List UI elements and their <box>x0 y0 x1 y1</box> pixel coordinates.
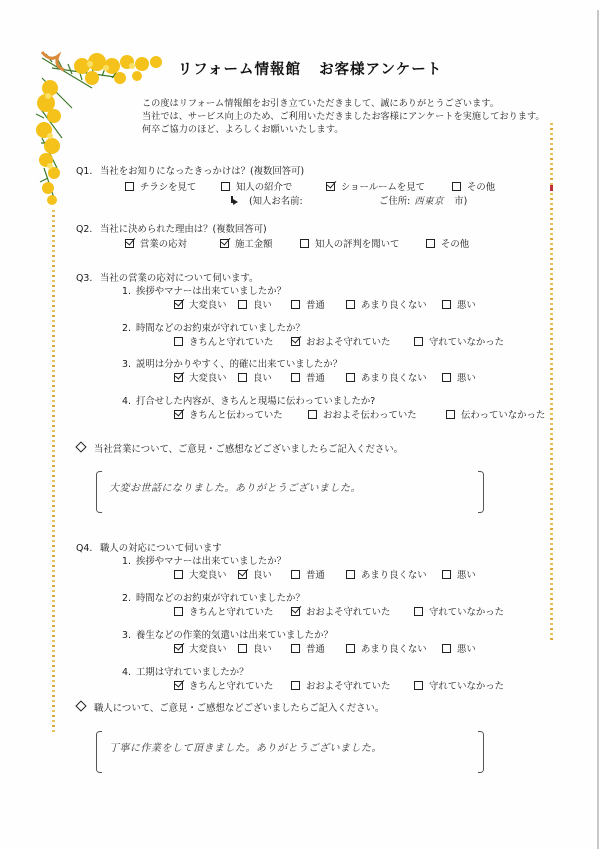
checkbox[interactable] <box>300 239 309 248</box>
q3-item-3-options: 大変良い 良い 普通 あまり良くない 悪い <box>174 370 476 384</box>
referral-address-suffix: 市) <box>454 193 467 207</box>
checkbox-checked[interactable] <box>220 239 229 248</box>
dotline-accent <box>550 185 553 191</box>
checkbox-checked[interactable] <box>238 570 247 579</box>
checkbox[interactable] <box>446 410 455 419</box>
checkbox[interactable] <box>346 570 355 579</box>
title-company: リフォーム情報館 <box>178 62 301 78</box>
option-not-kept[interactable]: 守れていなかった <box>414 334 504 348</box>
q2-options: 営業の応対 施工金額 知人の評判を聞いて その他 <box>125 236 469 250</box>
checkbox[interactable] <box>221 182 230 191</box>
checkbox[interactable] <box>174 570 183 579</box>
q4-heading: Q4.職人の対応について伺います <box>76 540 222 554</box>
q2-option-other[interactable]: その他 <box>426 236 469 250</box>
option-mostly-kept[interactable]: おおよそ守れていた <box>291 334 414 348</box>
intro-line-1: この度はリフォーム情報館をお引き立ていただきまして、誠にありがとうございます。 <box>142 97 545 110</box>
checkbox[interactable] <box>442 373 451 382</box>
option-very-good[interactable]: 大変良い <box>174 641 238 655</box>
checkbox[interactable] <box>291 570 300 579</box>
option-not-kept[interactable]: 守れていなかった <box>414 604 504 618</box>
option-kept-well[interactable]: きちんと守れていた <box>174 678 291 692</box>
option-mostly-conveyed[interactable]: おおよそ伝わっていた <box>308 407 446 421</box>
arrow-down-right-icon <box>230 196 239 205</box>
intro-text: この度はリフォーム情報館をお引き立ていただきまして、誠にありがとうございます。 … <box>142 97 545 136</box>
checkbox-checked[interactable] <box>125 239 134 248</box>
checkbox[interactable] <box>291 644 300 653</box>
checkbox[interactable] <box>346 373 355 382</box>
q3-comment-text: 大変お世話になりました。ありがとうございました。 <box>109 479 361 494</box>
option-bad[interactable]: 悪い <box>442 297 476 311</box>
checkbox-checked[interactable] <box>174 644 183 653</box>
q1-option-referral[interactable]: 知人の紹介で <box>221 179 326 193</box>
title-survey: お客様アンケート <box>319 62 442 78</box>
option-average[interactable]: 普通 <box>291 567 346 581</box>
option-mostly-kept[interactable]: おおよそ守れていた <box>291 604 414 618</box>
survey-page: リフォーム情報館お客様アンケート この度はリフォーム情報館をお引き立ていただきま… <box>0 0 600 849</box>
option-average[interactable]: 普通 <box>291 641 346 655</box>
option-mostly-kept[interactable]: おおよそ守れていた <box>291 678 414 692</box>
checkbox[interactable] <box>414 681 423 690</box>
q3-item-3-question: 3.説明は分かりやすく、的確に出来ていましたか？ <box>122 356 342 370</box>
option-very-good[interactable]: 大変良い <box>174 567 238 581</box>
option-not-good[interactable]: あまり良くない <box>346 297 442 311</box>
checkbox-checked[interactable] <box>174 681 183 690</box>
checkbox-checked[interactable] <box>174 373 183 382</box>
option-bad[interactable]: 悪い <box>442 567 476 581</box>
q3-item-1-options: 大変良い 良い 普通 あまり良くない 悪い <box>174 297 476 311</box>
q1-referral-line: (知人お名前: ご住所: 西東京 市) <box>230 193 467 207</box>
decorative-dotted-line-left <box>52 210 55 735</box>
q3-item-2-options: きちんと守れていた おおよそ守れていた 守れていなかった <box>174 334 504 348</box>
referral-name-label: (知人お名前: <box>249 193 379 207</box>
q3-item-1-question: 1.挨拶やマナーは出来ていましたか？ <box>122 283 286 297</box>
checkbox[interactable] <box>291 373 300 382</box>
option-good[interactable]: 良い <box>238 641 291 655</box>
diamond-bullet-icon <box>75 700 86 711</box>
option-conveyed-well[interactable]: きちんと伝わっていた <box>174 407 308 421</box>
q1-heading: Q1.当社をお知りになったきっかけは？(複数回答可) <box>76 163 304 177</box>
checkbox[interactable] <box>125 182 134 191</box>
q2-option-sales[interactable]: 営業の応対 <box>125 236 220 250</box>
q4-item-2-question: 2.時間などのお約束が守れていましたか？ <box>122 590 305 604</box>
checkbox[interactable] <box>291 681 300 690</box>
checkbox-checked[interactable] <box>326 182 335 191</box>
q1-question: 当社をお知りになったきっかけは？(複数回答可) <box>100 166 304 177</box>
q3-heading: Q3.当社の営業の応対について伺います。 <box>76 270 258 284</box>
checkbox[interactable] <box>174 607 183 616</box>
intro-line-3: 何卒ご協力のほど、よろしくお願いいたします。 <box>142 123 545 136</box>
q3-item-2-question: 2.時間などのお約束が守れていましたか？ <box>122 320 305 334</box>
option-average[interactable]: 普通 <box>291 297 346 311</box>
option-average[interactable]: 普通 <box>291 370 346 384</box>
option-good[interactable]: 良い <box>238 567 291 581</box>
q4-item-3-options: 大変良い 良い 普通 あまり良くない 悪い <box>174 641 476 655</box>
q2-option-reputation[interactable]: 知人の評判を聞いて <box>300 236 426 250</box>
q4-comment-box[interactable]: 丁寧に作業をして頂きました。ありがとうございました。 <box>96 731 484 773</box>
option-not-good[interactable]: あまり良くない <box>346 370 442 384</box>
page-edge <box>597 10 599 849</box>
checkbox-checked[interactable] <box>291 337 300 346</box>
checkbox[interactable] <box>442 570 451 579</box>
q1-option-showroom[interactable]: ショールームを見て <box>326 179 452 193</box>
q4-comment-text: 丁寧に作業をして頂きました。ありがとうございました。 <box>109 739 382 754</box>
q4-item-2-options: きちんと守れていた おおよそ守れていた 守れていなかった <box>174 604 504 618</box>
referral-address-value[interactable]: 西東京 <box>414 193 454 207</box>
checkbox-checked[interactable] <box>291 607 300 616</box>
q3-item-4-question: 4.打合せした内容が、きちんと現場に伝わっていましたか? <box>122 393 375 407</box>
option-not-kept[interactable]: 守れていなかった <box>414 678 504 692</box>
option-not-conveyed[interactable]: 伝わっていなかった <box>446 407 545 421</box>
option-not-good[interactable]: あまり良くない <box>346 641 442 655</box>
q2-option-price[interactable]: 施工金額 <box>220 236 300 250</box>
diamond-bullet-icon <box>75 441 86 452</box>
checkbox[interactable] <box>346 300 355 309</box>
option-good[interactable]: 良い <box>238 370 291 384</box>
referral-address-label: ご住所: <box>379 193 410 207</box>
q3-item-4-options: きちんと伝わっていた おおよそ伝わっていた 伝わっていなかった <box>174 407 545 421</box>
checkbox[interactable] <box>346 644 355 653</box>
option-good[interactable]: 良い <box>238 297 291 311</box>
checkbox[interactable] <box>442 644 451 653</box>
checkbox[interactable] <box>238 373 247 382</box>
option-kept-well[interactable]: きちんと守れていた <box>174 604 291 618</box>
option-not-good[interactable]: あまり良くない <box>346 567 442 581</box>
q2-heading: Q2.当社に決められた理由は？(複数回答可) <box>76 221 267 235</box>
q4-item-1-question: 1.挨拶やマナーは出来ていましたか？ <box>122 553 286 567</box>
q4-item-4-question: 4.工期は守れていましたか？ <box>122 664 249 678</box>
checkbox[interactable] <box>174 337 183 346</box>
q1-options: チラシを見て 知人の紹介で ショールームを見て その他 <box>125 179 495 193</box>
checkbox[interactable] <box>238 300 247 309</box>
q2-question: 当社に決められた理由は？(複数回答可) <box>100 224 267 235</box>
option-very-good[interactable]: 大変良い <box>174 297 238 311</box>
decorative-dotted-line-right <box>550 123 553 641</box>
option-kept-well[interactable]: きちんと守れていた <box>174 334 291 348</box>
checkbox-checked[interactable] <box>174 300 183 309</box>
page-title: リフォーム情報館お客様アンケート <box>0 58 600 79</box>
checkbox[interactable] <box>291 300 300 309</box>
checkbox[interactable] <box>414 607 423 616</box>
q1-option-flyer[interactable]: チラシを見て <box>125 179 221 193</box>
q4-item-3-question: 3.養生などの作業的気遣いは出来ていましたか？ <box>122 627 333 641</box>
checkbox[interactable] <box>238 644 247 653</box>
checkbox[interactable] <box>452 182 461 191</box>
option-very-good[interactable]: 大変良い <box>174 370 238 384</box>
option-bad[interactable]: 悪い <box>442 370 476 384</box>
q4-item-4-options: きちんと守れていた おおよそ守れていた 守れていなかった <box>174 678 504 692</box>
q4-item-1-options: 大変良い 良い 普通 あまり良くない 悪い <box>174 567 476 581</box>
q4-comment-prompt: 職人について、ご意見・ご感想などございましたらご記入ください。 <box>75 700 384 714</box>
checkbox[interactable] <box>308 410 317 419</box>
intro-line-2: 当社では、サービス向上のため、ご利用いただきましたお客様にアンケートを実施してお… <box>142 110 545 123</box>
checkbox-checked[interactable] <box>174 410 183 419</box>
q3-comment-box[interactable]: 大変お世話になりました。ありがとうございました。 <box>96 471 484 513</box>
option-bad[interactable]: 悪い <box>442 641 476 655</box>
q3-comment-prompt: 当社営業について、ご意見・ご感想などございましたらご記入ください。 <box>75 441 403 455</box>
checkbox[interactable] <box>442 300 451 309</box>
checkbox[interactable] <box>426 239 435 248</box>
checkbox[interactable] <box>414 337 423 346</box>
q1-option-other[interactable]: その他 <box>452 179 495 193</box>
